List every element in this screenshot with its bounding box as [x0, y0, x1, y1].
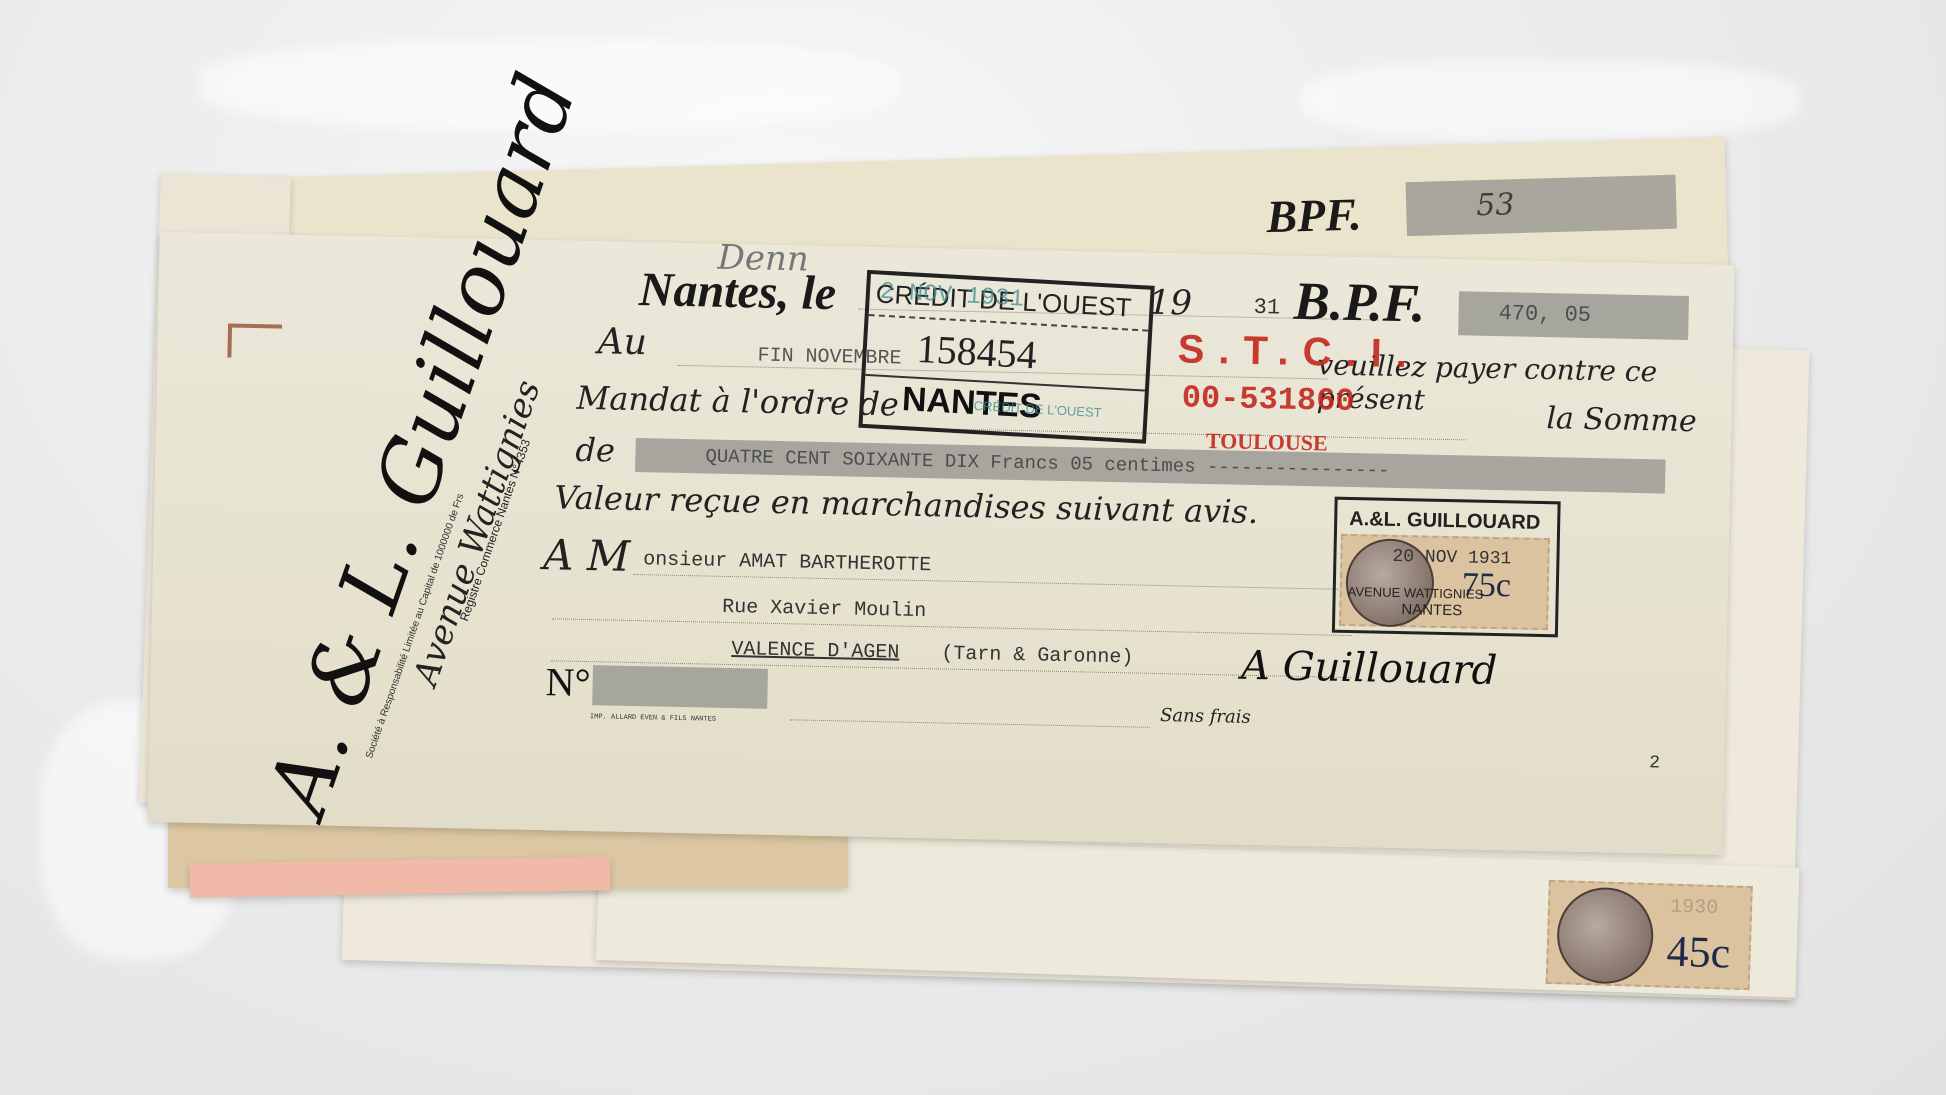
company-stamp-name: A.&L. GUILLOUARD	[1349, 508, 1541, 535]
back-amount: 53	[1476, 187, 1515, 223]
red-ink-mark	[227, 323, 282, 358]
mandat-text: Mandat à l'ordre de	[576, 379, 899, 424]
company-stamp-city: NANTES	[1401, 601, 1462, 619]
red-stamp-line3: TOULOUSE	[1206, 428, 1328, 457]
payee-street: Rue Xavier Moulin	[722, 596, 926, 623]
la-somme-text: la Somme	[1546, 401, 1697, 439]
sans-frais: Sans frais	[1160, 705, 1251, 728]
letterhead: A. & L. Guillouard	[246, 794, 1023, 908]
place-date-label: Nantes, le	[638, 262, 836, 321]
printer-line: IMP. ALLARD EVEN & FILS NANTES	[590, 713, 716, 724]
revenue-overprint: 1930	[1670, 896, 1719, 920]
back-bpf-label: BPF.	[1266, 187, 1362, 243]
payee-line	[633, 574, 1353, 590]
revenue-stamp-75c: 20 NOV 1931 75c AVENUE WATTIGNIES NANTES	[1339, 534, 1550, 630]
back-amount-box: 53	[1406, 175, 1677, 237]
year-prefix: 19	[1148, 283, 1192, 324]
de-label: de	[575, 431, 615, 470]
payee-city: VALENCE D'AGEN	[731, 638, 899, 665]
red-stamp-line1: S.T.C.I.	[1177, 327, 1421, 377]
marianne-coin-icon	[1556, 886, 1655, 985]
signature: A Guillouard	[1241, 643, 1498, 694]
amount-figures-box: 470, 05	[1458, 291, 1689, 340]
revenue-value: 45c	[1666, 926, 1731, 979]
company-stamp-date: 20 NOV 1931	[1392, 547, 1511, 569]
bpf-label: B.P.F.	[1293, 270, 1426, 335]
number-label: N°	[545, 658, 591, 706]
year-suffix: 31	[1253, 295, 1280, 321]
valeur-text: Valeur reçue en marchandises suivant avi…	[554, 478, 1258, 531]
tissue-fold	[1300, 60, 1800, 140]
bank-stamp: CRÉDIT DE L'OUEST 2 NOV 1931 158454 NANT…	[858, 270, 1154, 444]
street-line	[552, 618, 1352, 636]
main-bill-of-exchange: A. & L. Guillouard Société à Responsabil…	[148, 232, 1735, 855]
page-number: 2	[1649, 753, 1660, 773]
amount-figures: 470, 05	[1498, 301, 1591, 328]
bank-stamp-number: 158454	[916, 325, 1038, 379]
am-label: A M	[543, 530, 631, 581]
red-stamp-line2: 00-531860	[1181, 379, 1355, 420]
au-label: Au	[597, 321, 647, 363]
revenue-stamp-45c: 1930 45c	[1546, 880, 1753, 990]
company-stamp-street: AVENUE WATTIGNIES	[1348, 584, 1484, 602]
payee-region: (Tarn & Garonne)	[941, 642, 1133, 669]
payee-name: onsieur AMAT BARTHEROTTE	[643, 548, 931, 577]
signature-line	[790, 719, 1150, 728]
number-box	[592, 665, 768, 709]
company-stamp: A.&L. GUILLOUARD 20 NOV 1931 75c AVENUE …	[1332, 497, 1561, 638]
